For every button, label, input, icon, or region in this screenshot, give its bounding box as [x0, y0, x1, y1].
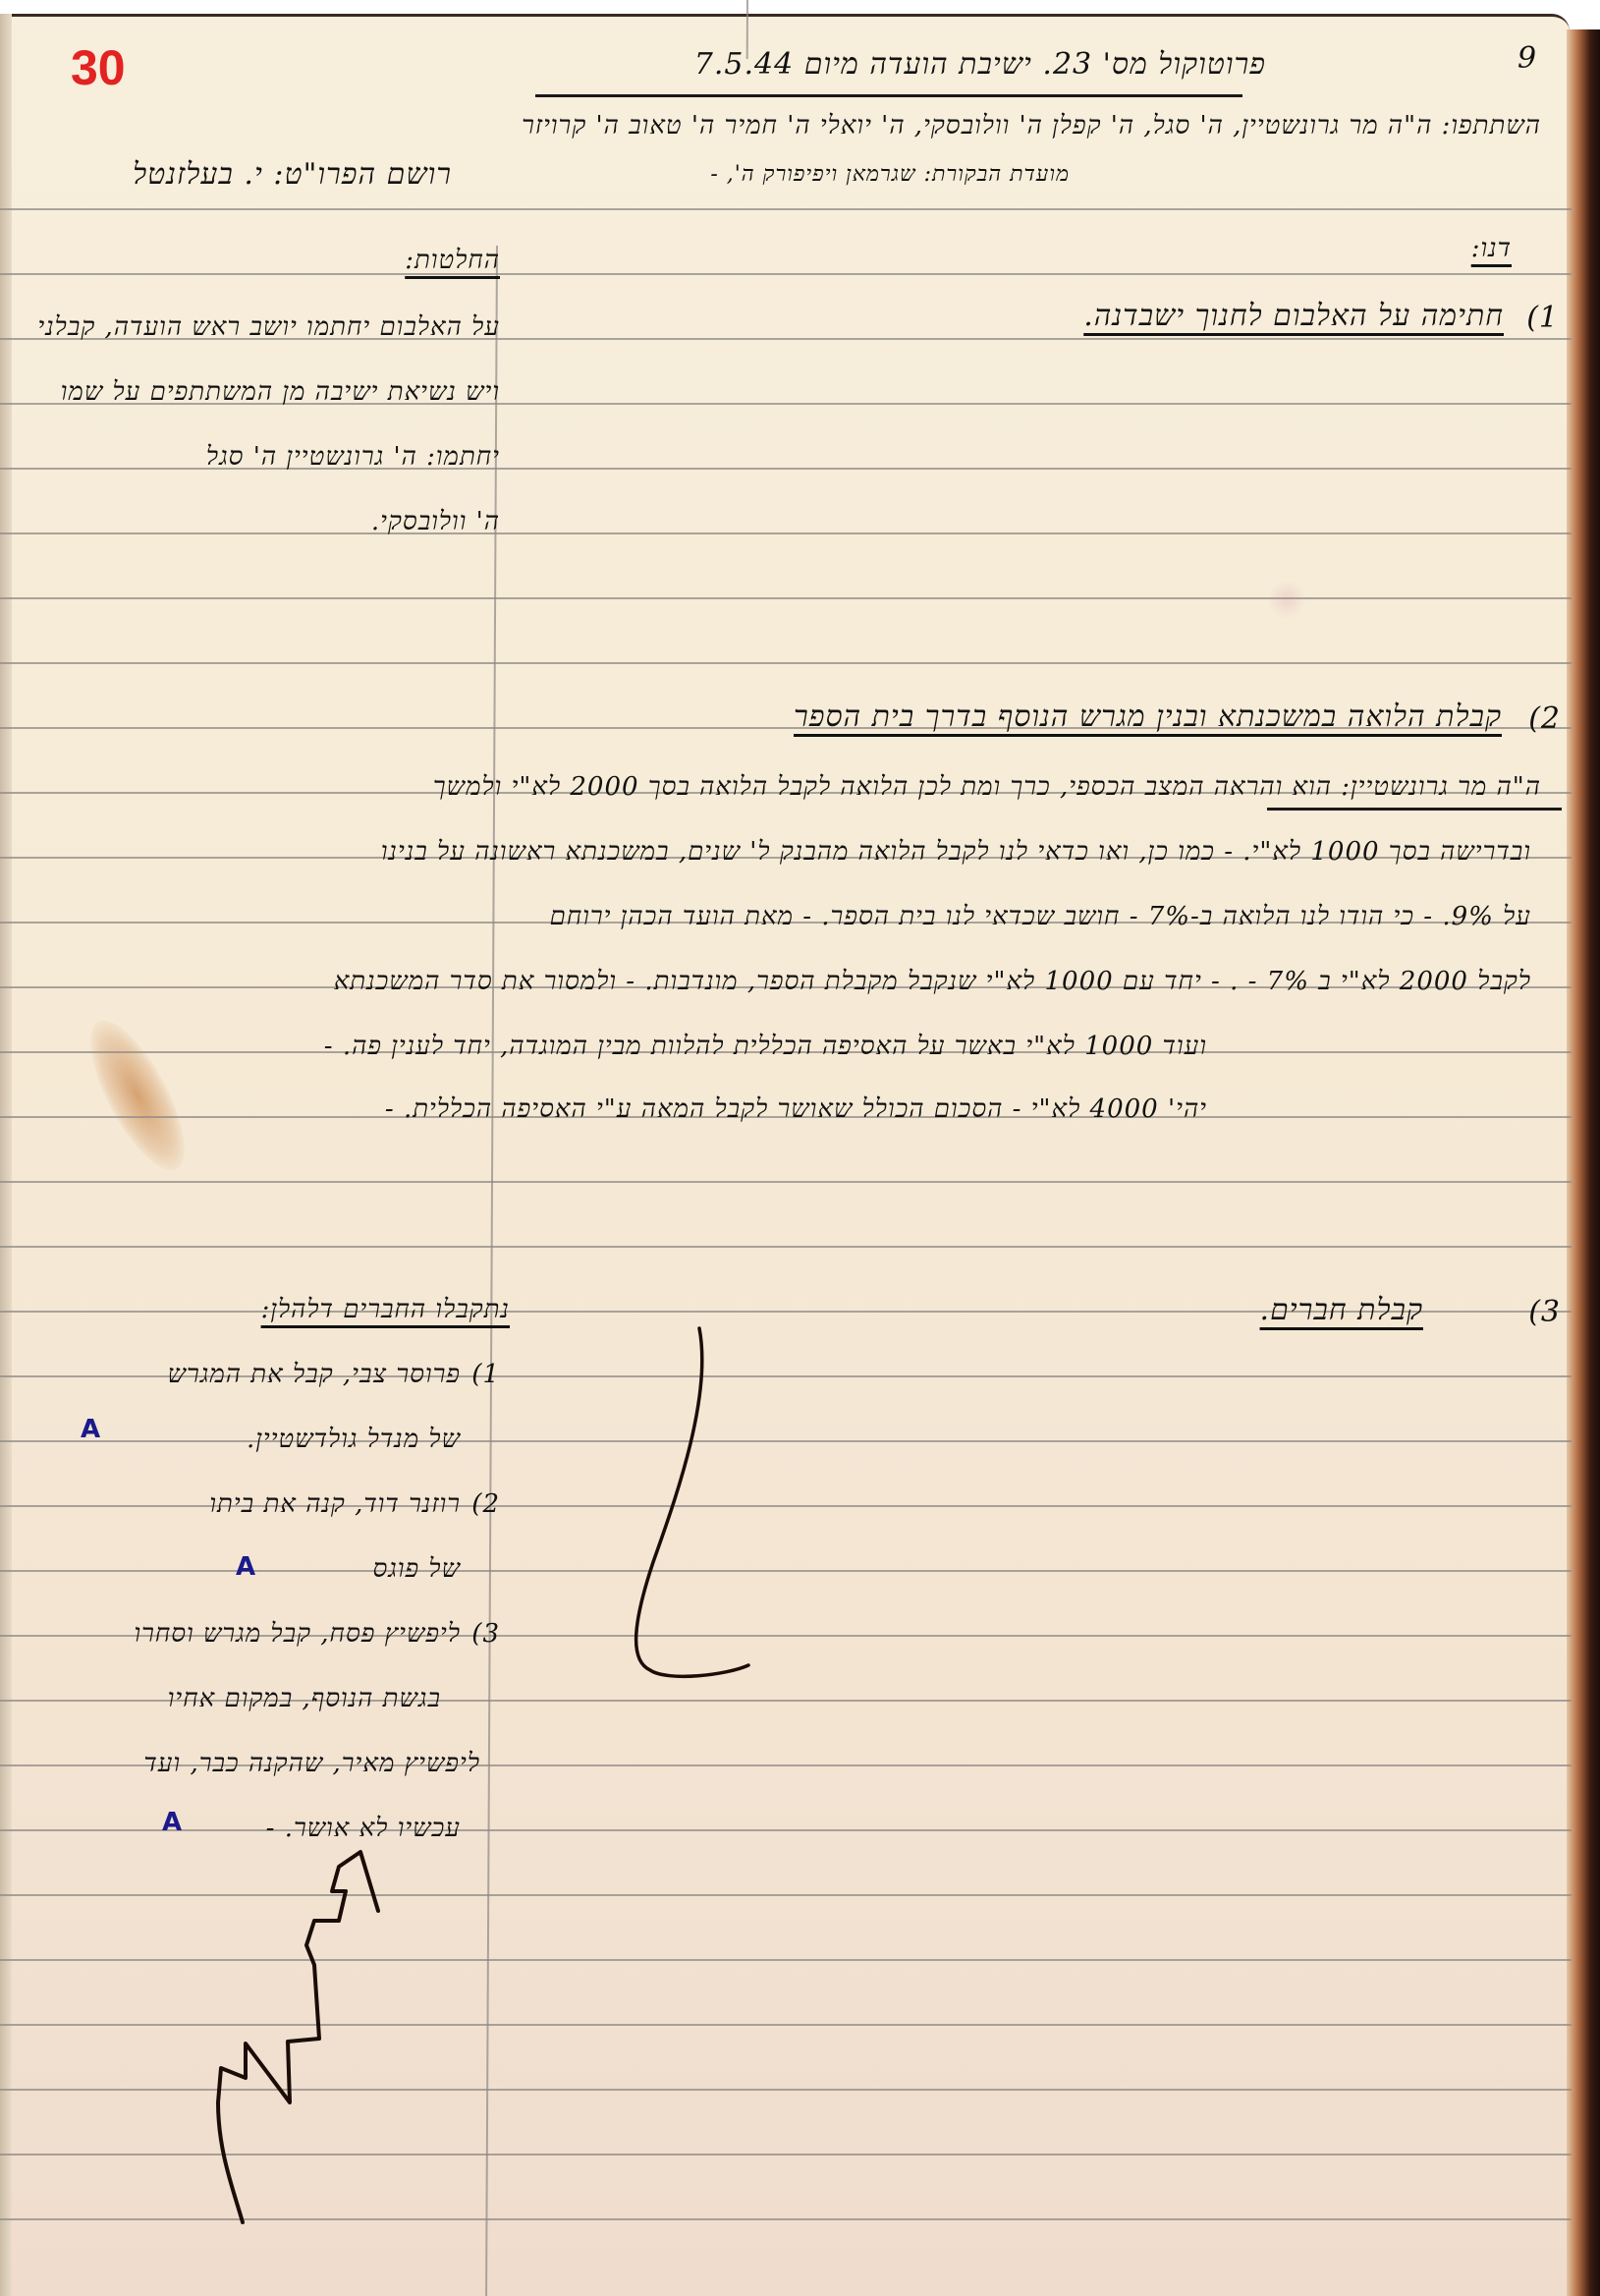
bracket-stroke: [636, 1328, 748, 1676]
pen-strokes: [0, 0, 1600, 2296]
signature-stroke: [218, 1852, 378, 2222]
